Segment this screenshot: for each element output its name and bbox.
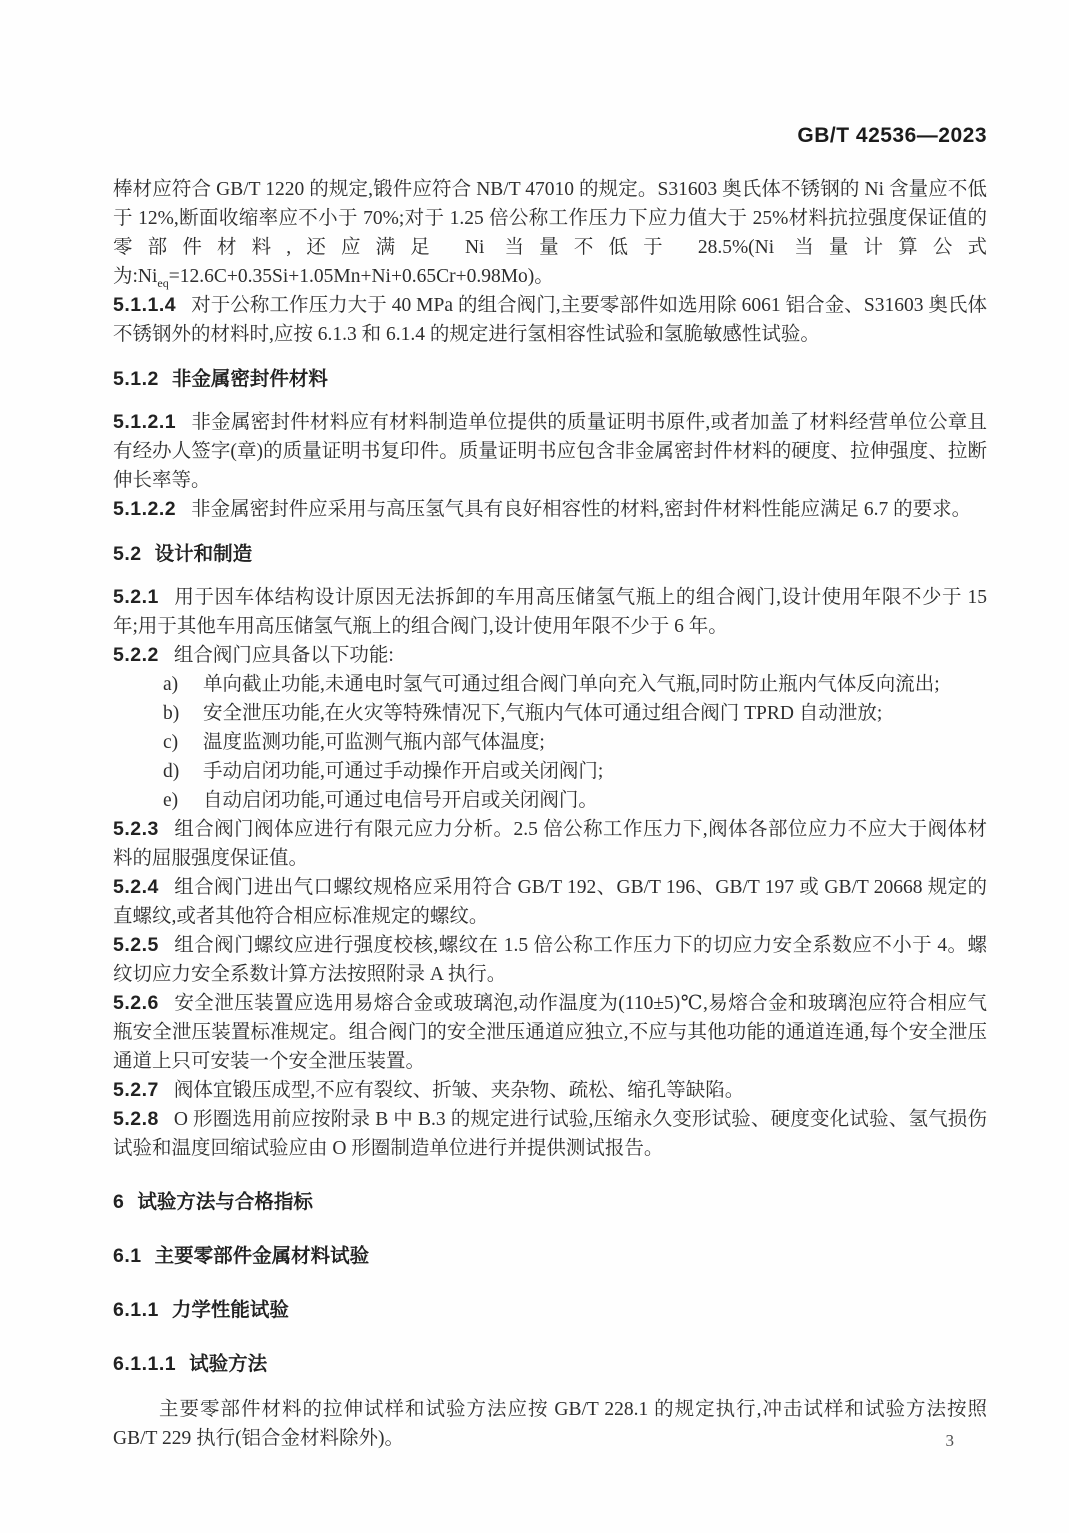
clause-5-2-2: 5.2.2组合阀门应具备以下功能: <box>113 641 987 670</box>
page-number: 3 <box>946 1432 955 1449</box>
clause-5-2-7: 5.2.7阀体宜锻压成型,不应有裂纹、折皱、夹杂物、疏松、缩孔等缺陷。 <box>113 1076 987 1105</box>
heading-title: 试验方法 <box>189 1353 267 1375</box>
clause-5-2-6: 5.2.6安全泄压装置应选用易熔合金或玻璃泡,动作温度为(110±5)℃,易熔合… <box>113 989 987 1076</box>
heading-6-1-1-1: 6.1.1.1试验方法 <box>113 1350 987 1379</box>
clause-text: 安全泄压装置应选用易熔合金或玻璃泡,动作温度为(110±5)℃,易熔合金和玻璃泡… <box>113 993 987 1072</box>
paragraph-test-method: 主要零部件材料的拉伸试样和试验方法应按 GB/T 228.1 的规定执行,冲击试… <box>113 1395 987 1453</box>
clause-text: 组合阀门应具备以下功能: <box>174 645 394 666</box>
heading-title: 试验方法与合格指标 <box>137 1191 313 1213</box>
clause-5-1-2-2: 5.1.2.2非金属密封件应采用与高压氢气具有良好相容性的材料,密封件材料性能应… <box>113 495 987 524</box>
clause-text: 非金属密封件材料应有材料制造单位提供的质量证明书原件,或者加盖了材料经营单位公章… <box>113 412 987 491</box>
clause-number: 5.2.5 <box>113 934 159 956</box>
list-item-e: e)自动启闭功能,可通过电信号开启或关闭阀门。 <box>113 786 987 815</box>
clause-number: 5.2.3 <box>113 818 159 840</box>
heading-number: 6.1.1.1 <box>113 1353 176 1375</box>
ni-eq-formula: =12.6C+0.35Si+1.05Mn+Ni+0.65Cr+0.98Mo)。 <box>169 266 554 287</box>
clause-text: 组合阀门阀体应进行有限元应力分析。2.5 倍公称工作压力下,阀体各部位应力不应大… <box>113 819 987 869</box>
clause-number: 5.1.2.1 <box>113 411 176 433</box>
clause-5-2-5: 5.2.5组合阀门螺纹应进行强度校核,螺纹在 1.5 倍公称工作压力下的切应力安… <box>113 931 987 989</box>
heading-number: 6 <box>113 1191 124 1213</box>
standard-number: GB/T 42536—2023 <box>113 124 987 148</box>
list-item-b: b)安全泄压功能,在火灾等特殊情况下,气瓶内气体可通过组合阀门 TPRD 自动泄… <box>113 699 987 728</box>
heading-6: 6试验方法与合格指标 <box>113 1188 987 1217</box>
clause-number: 5.2.2 <box>113 644 159 666</box>
clause-text: 阀体宜锻压成型,不应有裂纹、折皱、夹杂物、疏松、缩孔等缺陷。 <box>174 1080 744 1101</box>
clause-number: 5.2.7 <box>113 1079 159 1101</box>
list-item-a: a)单向截止功能,未通电时氢气可通过组合阀门单向充入气瓶,同时防止瓶内气体反向流… <box>113 670 987 699</box>
clause-text: 对于公称工作压力大于 40 MPa 的组合阀门,主要零部件如选用除 6061 铝… <box>113 295 987 345</box>
clause-5-2-4: 5.2.4组合阀门进出气口螺纹规格应采用符合 GB/T 192、GB/T 196… <box>113 873 987 931</box>
clause-text: 用于因车体结构设计原因无法拆卸的车用高压储氢气瓶上的组合阀门,设计使用年限不少于… <box>113 587 987 637</box>
clause-number: 5.2.6 <box>113 992 159 1014</box>
heading-number: 5.2 <box>113 543 142 565</box>
list-text: 温度监测功能,可监测气瓶内部气体温度; <box>203 732 545 753</box>
list-marker: d) <box>163 757 179 786</box>
heading-5-2: 5.2设计和制造 <box>113 540 987 569</box>
document-page: GB/T 42536—2023 棒材应符合 GB/T 1220 的规定,锻件应符… <box>0 0 1069 1533</box>
heading-number: 6.1.1 <box>113 1299 159 1321</box>
clause-number: 5.2.8 <box>113 1108 159 1130</box>
heading-title: 主要零部件金属材料试验 <box>155 1245 370 1267</box>
heading-title: 设计和制造 <box>155 543 253 565</box>
clause-number: 5.1.2.2 <box>113 498 176 520</box>
paragraph-material-requirements: 棒材应符合 GB/T 1220 的规定,锻件应符合 NB/T 47010 的规定… <box>113 175 987 291</box>
clause-text: 组合阀门进出气口螺纹规格应采用符合 GB/T 192、GB/T 196、GB/T… <box>113 877 987 927</box>
list-text: 自动启闭功能,可通过电信号开启或关闭阀门。 <box>203 790 598 811</box>
list-marker: e) <box>163 786 178 815</box>
list-text: 单向截止功能,未通电时氢气可通过组合阀门单向充入气瓶,同时防止瓶内气体反向流出; <box>203 674 940 695</box>
function-list: a)单向截止功能,未通电时氢气可通过组合阀门单向充入气瓶,同时防止瓶内气体反向流… <box>113 670 987 815</box>
clause-5-2-8: 5.2.8O 形圈选用前应按附录 B 中 B.3 的规定进行试验,压缩永久变形试… <box>113 1105 987 1163</box>
clause-text: 组合阀门螺纹应进行强度校核,螺纹在 1.5 倍公称工作压力下的切应力安全系数应不… <box>113 935 987 985</box>
clause-5-2-3: 5.2.3组合阀门阀体应进行有限元应力分析。2.5 倍公称工作压力下,阀体各部位… <box>113 815 987 873</box>
clause-text: O 形圈选用前应按附录 B 中 B.3 的规定进行试验,压缩永久变形试验、硬度变… <box>113 1109 987 1159</box>
heading-title: 非金属密封件材料 <box>172 368 328 390</box>
list-item-d: d)手动启闭功能,可通过手动操作开启或关闭阀门; <box>113 757 987 786</box>
clause-text: 非金属密封件应采用与高压氢气具有良好相容性的材料,密封件材料性能应满足 6.7 … <box>191 499 971 520</box>
heading-number: 6.1 <box>113 1245 142 1267</box>
clause-number: 5.2.4 <box>113 876 159 898</box>
list-text: 手动启闭功能,可通过手动操作开启或关闭阀门; <box>203 761 603 782</box>
ni-eq-subscript: eq <box>157 276 168 290</box>
list-item-c: c)温度监测功能,可监测气瓶内部气体温度; <box>113 728 987 757</box>
clause-number: 5.1.1.4 <box>113 294 176 316</box>
list-marker: b) <box>163 699 179 728</box>
list-marker: c) <box>163 728 178 757</box>
heading-title: 力学性能试验 <box>172 1299 289 1321</box>
clause-number: 5.2.1 <box>113 586 159 608</box>
heading-6-1-1: 6.1.1力学性能试验 <box>113 1296 987 1325</box>
list-marker: a) <box>163 670 178 699</box>
list-text: 安全泄压功能,在火灾等特殊情况下,气瓶内气体可通过组合阀门 TPRD 自动泄放; <box>203 703 882 724</box>
heading-number: 5.1.2 <box>113 368 159 390</box>
heading-5-1-2: 5.1.2非金属密封件材料 <box>113 365 987 394</box>
clause-5-1-2-1: 5.1.2.1非金属密封件材料应有材料制造单位提供的质量证明书原件,或者加盖了材… <box>113 408 987 495</box>
heading-6-1: 6.1主要零部件金属材料试验 <box>113 1242 987 1271</box>
clause-5-2-1: 5.2.1用于因车体结构设计原因无法拆卸的车用高压储氢气瓶上的组合阀门,设计使用… <box>113 583 987 641</box>
clause-5-1-1-4: 5.1.1.4对于公称工作压力大于 40 MPa 的组合阀门,主要零部件如选用除… <box>113 291 987 349</box>
